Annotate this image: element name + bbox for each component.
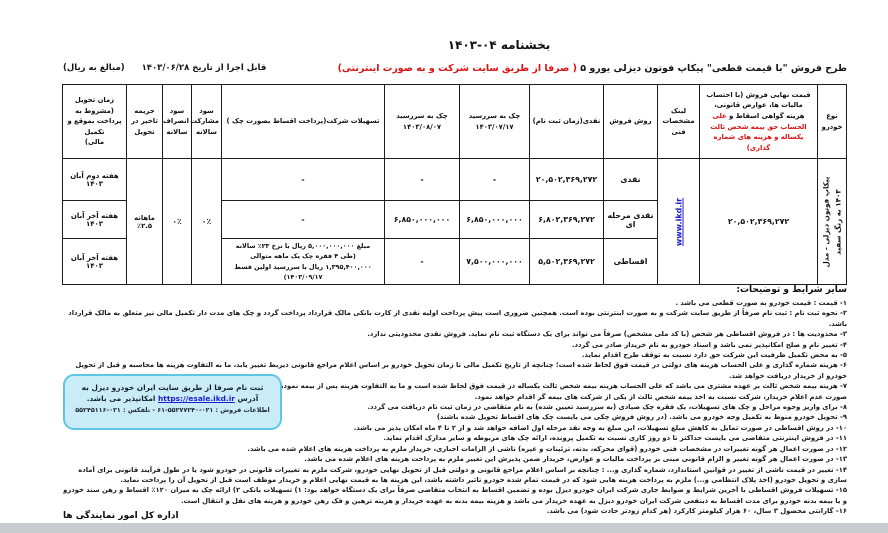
term-item: ۱۳- در صورت اعمال هر گونه تغییر و الزام … <box>63 454 847 464</box>
table-row: پیکاپ فوتون دیزلی - مدل ۱۴۰۳ به رنگ سفید… <box>63 159 847 201</box>
cancellation-profit-cell: ۰٪ <box>163 159 192 285</box>
term-item: ۱۵- تسهیلات فروش اقساطی با آخرین شرایط و… <box>63 485 847 506</box>
spec-link-url[interactable]: www.ikd.ir <box>674 197 683 245</box>
term-item: ۴- تغییر نام و صلح امکانپذیر نمی باشد و … <box>63 340 847 350</box>
col-header-cancellation-profit: سود انصراف سالانه <box>163 85 192 159</box>
col-header-participation-profit: سود مشارکت سالانه <box>192 85 222 159</box>
amounts-in-rial-note: (مبالغ به ریال) <box>63 63 125 73</box>
sale-conditions-table: نوع خودرو قیمت نهایی فروش (با احتساب مال… <box>62 84 847 285</box>
participation-profit-cell: ۰٪ <box>192 159 222 285</box>
col-header-cash-at-signup: نقدی(زمان ثبت نام) <box>530 85 604 159</box>
term-item: ۱۲- در صورت اعمال هر گونه تغییرات در مشخ… <box>63 444 847 454</box>
esale-link[interactable]: https://esale.ikd.ir <box>158 394 235 403</box>
facilities-cell: - <box>222 159 385 201</box>
subheader-row: طرح فروش "با قیمت قطعی" پیکاپ فوتون دیزل… <box>63 63 847 74</box>
page-title: بخشنامه ۰۴-۱۴۰۳ <box>110 38 888 52</box>
table-header-row: نوع خودرو قیمت نهایی فروش (با احتساب مال… <box>63 85 847 159</box>
cash-value-cell: ۲۰,۵۰۲,۳۶۹,۲۷۲ <box>530 159 604 201</box>
cash-value-cell: ۶,۸۰۲,۳۶۹,۲۷۲ <box>530 201 604 239</box>
info-box-address-label: آدرس <box>235 394 258 403</box>
vehicle-name-rotated: پیکاپ فوتون دیزلی - مدل ۱۴۰۳ به رنگ سفید <box>820 176 843 267</box>
col-header-delivery-time: زمان تحویل (مشروط به پرداخت بموقع و تکمی… <box>63 85 127 159</box>
col-header-sale-method: روش فروش <box>604 85 658 159</box>
col-header-final-price: قیمت نهایی فروش (با احتساب مالیات ها، عو… <box>700 85 818 159</box>
vehicle-name-line2: ۱۴۰۳ به رنگ سفید <box>832 176 844 267</box>
check2-value-cell: - <box>385 239 460 285</box>
plan-title-black: طرح فروش "با قیمت قطعی" پیکاپ فوتون دیزل… <box>577 63 847 74</box>
terms-heading: سایر شرایط و توضیحات: <box>63 285 847 295</box>
term-item: ۵- به محض تکمیل ظرفیت این شرکت حق دارد ن… <box>63 350 847 360</box>
term-item: ۲- نحوه ثبت نام : ثبت نام صرفاً از طریق … <box>63 308 847 329</box>
spec-link-cell: www.ikd.ir <box>658 159 700 285</box>
term-item: ۱- قیمت : قیمت خودرو به صورت قطعی می باش… <box>63 298 847 308</box>
fax-label: - تلفکس : <box>121 406 157 414</box>
phone-number-1: ۶۱-۵۵۲۷۷۲۴۰-۰۲۱ <box>157 406 213 416</box>
delivery-time-cell: هفته آخر آبان ۱۴۰۳ <box>63 201 127 239</box>
phone-number-2: ۵۵۲۴۵۱۱۶-۰۲۱ <box>75 406 121 416</box>
sale-method-cell: نقدی <box>604 159 658 201</box>
info-box-line2: آدرس https://esale.ikd.ir امکانپذیر می ب… <box>71 393 274 404</box>
col-header-company-facilities: تسهیلات شرکت(پرداخت اقساط بصورت چک ) <box>222 85 385 159</box>
plan-title-red-note: ( صرفا از طریق سایت شرکت و به صورت اینتر… <box>338 63 577 74</box>
delay-penalty-cell: ماهانه ۲.۵٪ <box>127 159 163 285</box>
col-header-check-due-1: چک به سررسید ۱۴۰۳/۰۷/۱۷ <box>460 85 530 159</box>
facilities-cell: مبلغ ۵,۰۰۰,۰۰۰,۰۰۰ ریال با نرخ ۲۳٪ سالان… <box>222 239 385 285</box>
registration-info-box: ثبت نام صرفا از طریق سایت ایران خودرو دی… <box>63 374 282 430</box>
sale-method-cell: اقساطی <box>604 239 658 285</box>
term-item: ۱۶- گارانتی محصول ۳ سال، ۶۰ هزار کیلومتر… <box>63 506 847 516</box>
check2-value-cell: - <box>385 159 460 201</box>
sale-method-cell: نقدی مرحله ای <box>604 201 658 239</box>
phones-label: اطلاعات فروش : <box>213 406 269 414</box>
facilities-cell: - <box>222 201 385 239</box>
info-box-line2-suffix: امکانپذیر می باشد. <box>87 394 158 403</box>
info-box-line1: ثبت نام صرفا از طریق سایت ایران خودرو دی… <box>71 382 274 393</box>
term-item: ۱۴- تغییر در قیمت ناشی از تغییر در قوانی… <box>63 465 847 486</box>
circular-page: بخشنامه ۰۴-۱۴۰۳ طرح فروش "با قیمت قطعی" … <box>0 0 888 533</box>
issuing-department-signature: اداره کل امور نمایندگی ها <box>63 511 179 521</box>
check2-value-cell: ۶,۸۵۰,۰۰۰,۰۰۰ <box>385 201 460 239</box>
effective-date-note: قابل اجرا از تاریخ ۱۴۰۳/۰۶/۲۸ (مبالغ به … <box>63 63 266 73</box>
vehicle-name-cell: پیکاپ فوتون دیزلی - مدل ۱۴۰۳ به رنگ سفید <box>818 159 847 285</box>
sales-phone-info: اطلاعات فروش : ۶۱-۵۵۲۷۷۲۴۰-۰۲۱ - تلفکس :… <box>71 406 274 416</box>
col-header-delay-penalty: جریمه تاخیر در تحویل <box>127 85 163 159</box>
plan-title: طرح فروش "با قیمت قطعی" پیکاپ فوتون دیزل… <box>338 63 847 74</box>
delivery-time-cell: هفته دوم آبان ۱۴۰۳ <box>63 159 127 201</box>
bottom-gray-strip <box>0 523 888 533</box>
check1-value-cell: ۷,۵۰۰,۰۰۰,۰۰۰ <box>460 239 530 285</box>
vehicle-name-line1: پیکاپ فوتون دیزلی - مدل <box>820 176 832 267</box>
check1-value-cell: - <box>460 159 530 201</box>
delivery-time-cell: هفته آخر آبان ۱۴۰۳ <box>63 239 127 285</box>
check1-value-cell: ۶,۸۵۰,۰۰۰,۰۰۰ <box>460 201 530 239</box>
effective-date-text: قابل اجرا از تاریخ ۱۴۰۳/۰۶/۲۸ <box>142 63 267 73</box>
col-header-spec-link: لینک مشخصات فنی <box>658 85 700 159</box>
term-item: ۱۱- در فروش اینترنتی متقاضی می بایست حدا… <box>63 433 847 443</box>
cash-value-cell: ۵,۵۰۲,۳۶۹,۲۷۲ <box>530 239 604 285</box>
term-item: ۳- محدودیت ها : در فروش اقساطی هر شخص (ب… <box>63 329 847 339</box>
final-price-value: ۲۰,۵۰۲,۳۶۹,۲۷۲ <box>700 159 818 285</box>
col-header-vehicle-type: نوع خودرو <box>818 85 847 159</box>
col-header-check-due-2: چک به سررسید ۱۴۰۳/۰۸/۰۷ <box>385 85 460 159</box>
